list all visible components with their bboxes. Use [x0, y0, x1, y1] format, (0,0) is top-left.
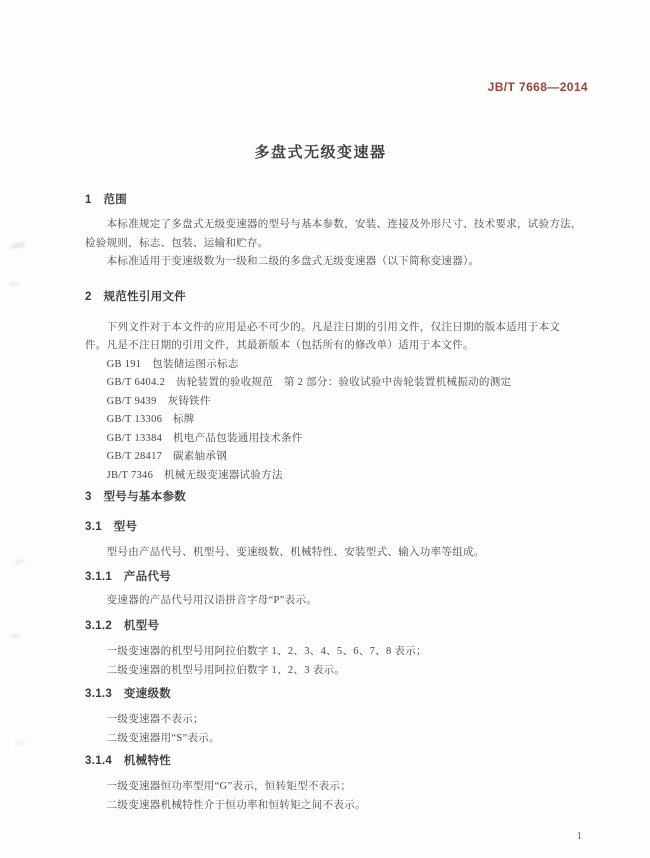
paragraph-model-composition: 型号由产品代号、机型号、变速级数、机械特性、安装型式、输入功率等组成。	[85, 544, 588, 563]
paragraph-mech-properties: 一级变速器恒功率型用“G”表示，恒转矩型不表示； 二级变速器机械特性介于恒功率和…	[85, 778, 588, 815]
subsection-heading-mech-properties: 3.1.4 机械特性	[85, 753, 588, 769]
subsection-heading-machine-model: 3.1.2 机型号	[85, 618, 588, 634]
subsection-heading-model: 3.1 型号	[85, 519, 588, 535]
document-title: 多盘式无级变速器	[69, 142, 572, 164]
paragraph-normative-refs-list: 下列文件对于本文件的应用是必不可少的。凡是注日期的引用文件，仅注日期的版本适用于…	[85, 319, 588, 486]
paragraph-scope: 本标准规定了多盘式无级变速器的型号与基本参数，安装、连接及外形尺寸、技术要求，试…	[85, 216, 588, 272]
subsection-heading-product-code: 3.1.1 产品代号	[85, 569, 588, 585]
document-page: JB/T 7668—2014 多盘式无级变速器 1 范围 本标准规定了多盘式无级…	[0, 0, 650, 858]
section-heading-model-parameters: 3 型号与基本参数	[85, 489, 588, 505]
section-heading-scope: 1 范围	[85, 192, 588, 208]
paragraph-product-code: 变速器的产品代号用汉语拼音字母“P”表示。	[85, 592, 588, 611]
subsection-heading-speed-stages: 3.1.3 变速级数	[85, 686, 588, 702]
section-heading-normative-refs: 2 规范性引用文件	[85, 289, 588, 305]
paragraph-speed-stages: 一级变速器不表示； 二级变速器用“S”表示。	[85, 711, 588, 748]
page-content: JB/T 7668—2014 多盘式无级变速器 1 范围 本标准规定了多盘式无级…	[0, 0, 650, 815]
standard-number: JB/T 7668—2014	[85, 80, 588, 95]
paragraph-machine-model: 一级变速器的机型号用阿拉伯数字 1、2、3、4、5、6、7、8 表示； 二级变速…	[85, 643, 588, 680]
page-number: 1	[577, 830, 583, 842]
